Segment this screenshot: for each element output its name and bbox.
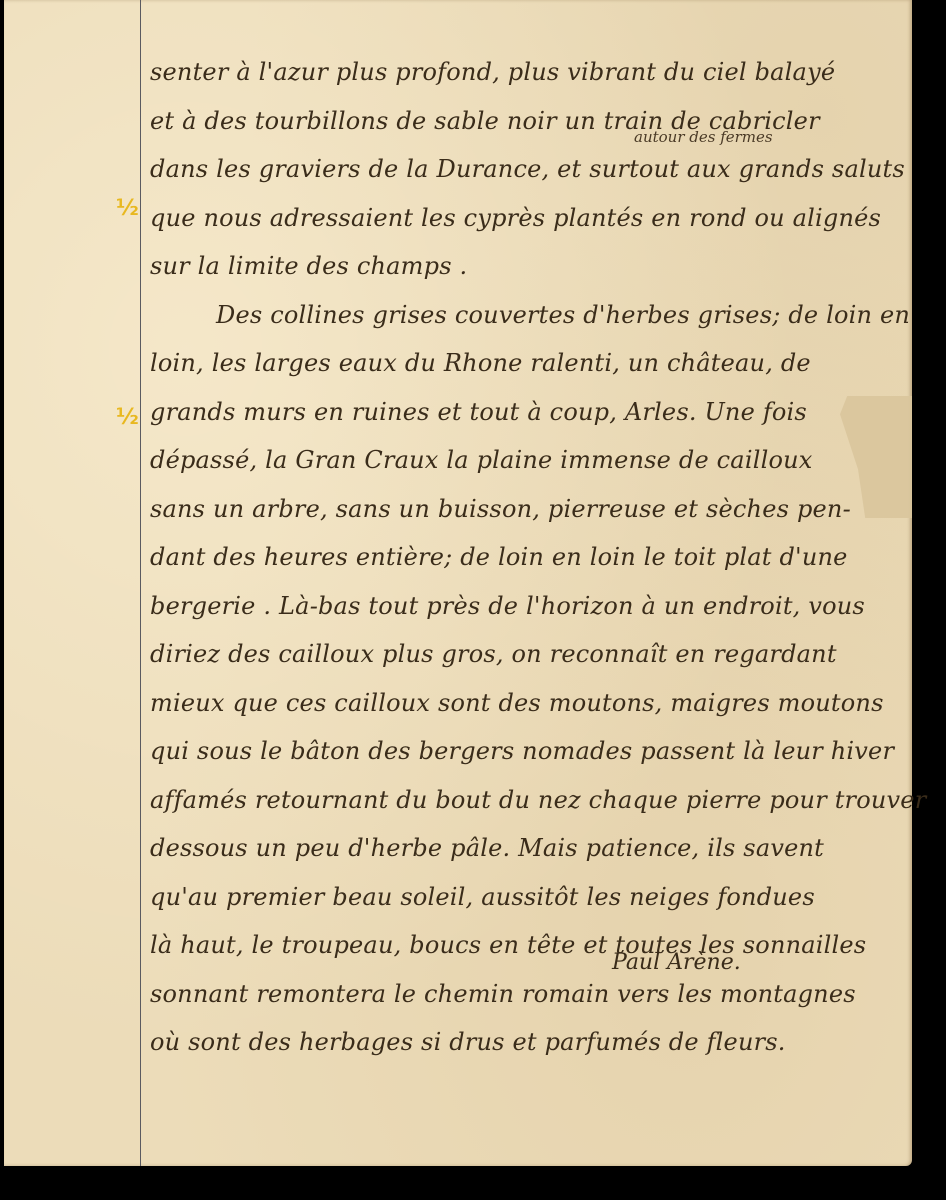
text-line: sur la limite des champs . — [150, 242, 910, 291]
text-line: où sont des herbages si drus et parfumés… — [150, 1018, 910, 1067]
text-line: qui sous le bâton des bergers nomades pa… — [150, 727, 910, 776]
text-line: sonnant remontera le chemin romain vers … — [150, 970, 910, 1019]
text-line: dant des heures entière; de loin en loin… — [150, 533, 910, 582]
text-line: senter à l'azur plus profond, plus vibra… — [150, 48, 910, 97]
notebook-page: ½ ½ autour des fermes senter à l'azur pl… — [4, 0, 912, 1166]
text-line: que nous adressaient les cyprès plantés … — [150, 194, 910, 243]
text-line: et à des tourbillons de sable noir un tr… — [150, 97, 910, 146]
text-line: qu'au premier beau soleil, aussitôt les … — [150, 873, 910, 922]
handwritten-text: senter à l'azur plus profond, plus vibra… — [150, 48, 910, 1067]
text-line: bergerie . Là-bas tout près de l'horizon… — [150, 582, 910, 631]
text-line: là haut, le troupeau, boucs en tête et t… — [150, 921, 910, 970]
text-line: dessous un peu d'herbe pâle. Mais patien… — [150, 824, 910, 873]
text-line: diriez des cailloux plus gros, on reconn… — [150, 630, 910, 679]
text-line: affamés retournant du bout du nez chaque… — [150, 776, 910, 825]
text-line: grands murs en ruines et tout à coup, Ar… — [150, 388, 910, 437]
text-line: sans un arbre, sans un buisson, pierreus… — [150, 485, 910, 534]
grading-mark: ½ — [116, 405, 139, 430]
grading-mark: ½ — [116, 196, 139, 221]
text-line: dans les graviers de la Durance, et surt… — [150, 145, 910, 194]
text-line: mieux que ces cailloux sont des moutons,… — [150, 679, 910, 728]
margin-rule — [140, 0, 141, 1166]
paragraph-start-line: Des collines grises couvertes d'herbes g… — [150, 291, 910, 340]
text-line: dépassé, la Gran Craux la plaine immense… — [150, 436, 910, 485]
text-line: loin, les larges eaux du Rhone ralenti, … — [150, 339, 910, 388]
author-signature: Paul Arène. — [612, 950, 741, 975]
